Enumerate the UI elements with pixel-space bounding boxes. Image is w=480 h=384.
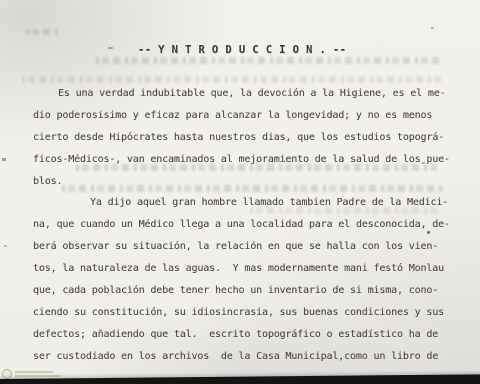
bleedthrough-text — [26, 29, 60, 35]
speck — [4, 245, 7, 247]
bleedthrough-text — [96, 57, 444, 64]
speck — [431, 27, 434, 29]
speck — [108, 47, 113, 49]
stamp-text-lines — [15, 371, 61, 377]
speck — [2, 158, 6, 161]
speck — [422, 162, 425, 164]
stamp-text-line — [15, 375, 61, 377]
document-body: Es una verdad indubitable que, la devoci… — [33, 83, 465, 368]
document-title: -- Y N T R O D U C C I O N . -- — [138, 44, 346, 56]
text-line: na, que cuando un Médico llega a una loc… — [33, 214, 465, 236]
paragraph-1: Es una verdad indubitable que, la devoci… — [33, 83, 465, 192]
text-line: dio poderosisimo y eficaz para alcanzar … — [33, 105, 465, 127]
text-line: Ya dijo aquel gran hombre llamado tambie… — [33, 192, 465, 214]
paragraph-2: Ya dijo aquel gran hombre llamado tambie… — [33, 192, 465, 367]
text-line: ficos-Médicos-, van encaminados al mejor… — [33, 149, 465, 171]
text-line: cierto desde Hipócrates hasta nuestros d… — [33, 127, 465, 149]
text-line: defectos; añadiendo que tal. escrito top… — [33, 324, 465, 346]
scan-edge — [0, 374, 480, 384]
text-line: berá observar su situación, la relación … — [33, 236, 465, 258]
scanned-document-page: -- Y N T R O D U C C I O N . -- Es una v… — [0, 0, 480, 384]
text-line: blos. — [33, 171, 465, 193]
stamp-ring-icon — [2, 369, 12, 379]
text-line: ser custodiado en los archivos de la Cas… — [33, 346, 465, 368]
bleedthrough-text — [22, 76, 442, 83]
text-line: que, cada población debe tener hecho un … — [33, 280, 465, 302]
text-line: Es una verdad indubitable que, la devoci… — [33, 83, 465, 105]
text-line: tos, la naturaleza de las aguas. Y mas m… — [33, 258, 465, 280]
text-line: ciendo su constitución, su idiosincrasia… — [33, 302, 465, 324]
speck — [427, 231, 430, 234]
stamp-text-line — [15, 371, 53, 373]
